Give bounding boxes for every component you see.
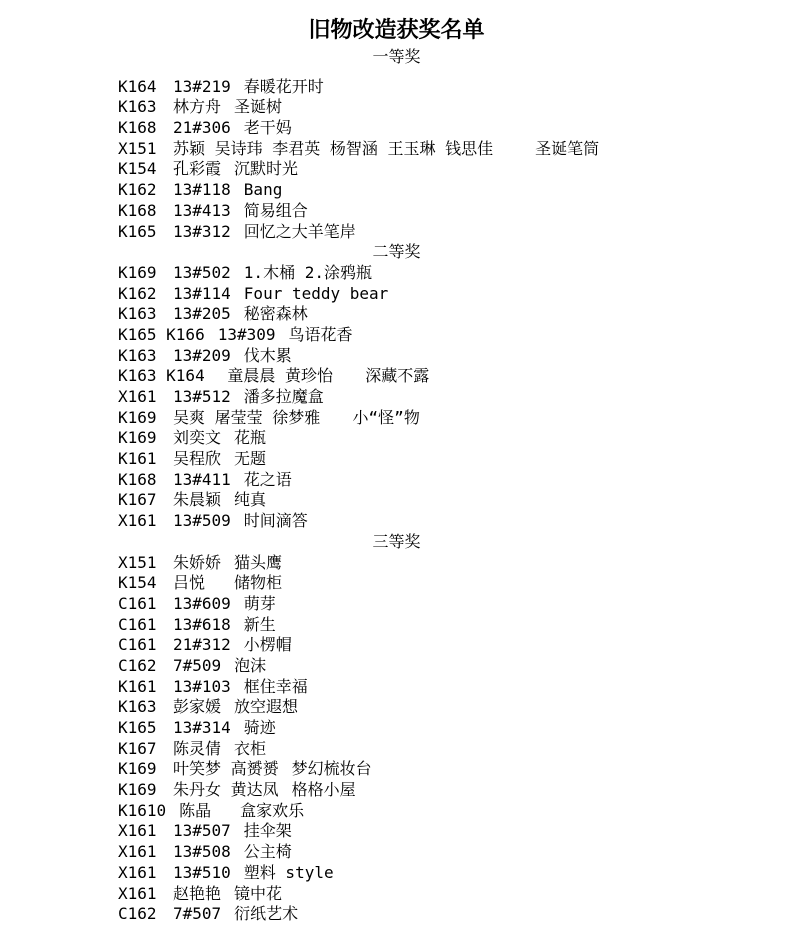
row-cell-title: 新生 (244, 615, 276, 636)
row-cell-code: K163 K164 (118, 366, 218, 387)
table-row: K167朱晨颖纯真 (0, 490, 793, 511)
row-cell-title: 骑迹 (244, 718, 276, 739)
row-cell-entry: 7#507 (173, 904, 234, 925)
row-cell-title: Bang (244, 180, 283, 201)
row-cell-code: K162 (118, 284, 173, 305)
row-cell-code: C161 (118, 594, 173, 615)
row-cell-code: X161 (118, 821, 173, 842)
row-cell-entry: 13#609 (173, 594, 244, 615)
table-row: X16113#507挂伞架 (0, 821, 793, 842)
row-cell-title: 小“怪”物 (353, 408, 420, 429)
row-cell-title: 潘多拉魔盒 (244, 387, 324, 408)
row-cell-title: 塑料 style (244, 863, 334, 884)
table-row: X151朱娇娇猫头鹰 (0, 553, 793, 574)
table-row: K16813#411花之语 (0, 470, 793, 491)
row-cell-title: 1.木桶 2.涂鸦瓶 (244, 263, 372, 284)
row-cell-code: K164 (118, 77, 173, 98)
table-row: X151苏颖 吴诗玮 李君英 杨智涵 王玉琳 钱思佳 圣诞笔筒 (0, 139, 793, 160)
row-cell-title: 回忆之大羊笔岸 (244, 222, 356, 243)
row-cell-entry: 13#314 (173, 718, 244, 739)
section-heading: 二等奖 (0, 242, 793, 263)
row-cell-code: K154 (118, 159, 173, 180)
row-cell-title: 猫头鹰 (234, 553, 282, 574)
table-row: K154孔彩霞沉默时光 (0, 159, 793, 180)
row-cell-code: K162 (118, 180, 173, 201)
award-list: 一等奖K16413#219春暖花开时K163林方舟圣诞树K16821#306老干… (0, 47, 793, 925)
row-cell-title: 时间滴答 (244, 511, 308, 532)
row-cell-title: 无题 (234, 449, 266, 470)
table-row: K163彭家媛放空遐想 (0, 697, 793, 718)
row-cell-title: 盒家欢乐 (240, 801, 304, 822)
table-row: X16113#509时间滴答 (0, 511, 793, 532)
table-row: C16113#609萌芽 (0, 594, 793, 615)
row-cell-title: 梦幻梳妆台 (292, 759, 372, 780)
row-cell-code: K169 (118, 408, 173, 429)
page-title: 旧物改造获奖名单 (0, 16, 793, 46)
table-row: K16113#103框住幸福 (0, 677, 793, 698)
table-row: X16113#512潘多拉魔盒 (0, 387, 793, 408)
row-cell-entry: 21#312 (173, 635, 244, 656)
row-cell-title: 公主椅 (244, 842, 292, 863)
row-cell-entry: 13#502 (173, 263, 244, 284)
table-row: K169朱丹女 黄达凤格格小屋 (0, 780, 793, 801)
row-cell-title: 花瓶 (234, 428, 266, 449)
table-row: X16113#510塑料 style (0, 863, 793, 884)
table-row: K1610陈晶盒家欢乐 (0, 801, 793, 822)
row-cell-code: C162 (118, 656, 173, 677)
row-cell-entry: 13#508 (173, 842, 244, 863)
table-row: K169吴爽 屠莹莹 徐梦雅 小“怪”物 (0, 408, 793, 429)
row-cell-title: 衍纸艺术 (234, 904, 298, 925)
row-cell-code: K167 (118, 739, 173, 760)
row-cell-entry: 13#103 (173, 677, 244, 698)
row-cell-code: X161 (118, 884, 173, 905)
row-cell-code: K169 (118, 428, 173, 449)
row-cell-entry: 苏颖 吴诗玮 李君英 杨智涵 王玉琳 钱思佳 (173, 139, 535, 160)
row-cell-entry: 13#312 (173, 222, 244, 243)
row-cell-entry: 朱娇娇 (173, 553, 234, 574)
table-row: X161赵艳艳镜中花 (0, 884, 793, 905)
row-cell-entry: 13#507 (173, 821, 244, 842)
row-cell-code: X161 (118, 511, 173, 532)
table-row: K16313#209伐木累 (0, 346, 793, 367)
row-cell-code: K165 (118, 718, 173, 739)
row-cell-entry: 13#118 (173, 180, 244, 201)
row-cell-entry: 赵艳艳 (173, 884, 234, 905)
row-cell-entry: 吴爽 屠莹莹 徐梦雅 (173, 408, 353, 429)
row-cell-entry: 林方舟 (173, 97, 234, 118)
row-cell-code: K154 (118, 573, 173, 594)
section-heading: 一等奖 (0, 47, 793, 68)
table-row: K16413#219春暖花开时 (0, 77, 793, 98)
row-cell-title: 秘密森林 (244, 304, 308, 325)
row-cell-entry: 朱丹女 黄达凤 (173, 780, 292, 801)
row-cell-title: 泡沫 (234, 656, 266, 677)
row-cell-code: C161 (118, 615, 173, 636)
row-cell-title: 挂伞架 (244, 821, 292, 842)
table-row: X16113#508公主椅 (0, 842, 793, 863)
table-row: K16821#306老干妈 (0, 118, 793, 139)
row-cell-entry: 叶笑梦 高赟赟 (173, 759, 292, 780)
row-cell-code: X151 (118, 139, 173, 160)
row-cell-code: K163 (118, 97, 173, 118)
row-cell-code: C161 (118, 635, 173, 656)
row-cell-title: 简易组合 (244, 201, 308, 222)
row-cell-title: 储物柜 (234, 573, 282, 594)
table-row: C1627#507衍纸艺术 (0, 904, 793, 925)
row-cell-entry: 13#618 (173, 615, 244, 636)
table-row: C16121#312小楞帽 (0, 635, 793, 656)
row-cell-entry: 13#205 (173, 304, 244, 325)
table-row: C1627#509泡沫 (0, 656, 793, 677)
table-row: K167陈灵倩衣柜 (0, 739, 793, 760)
row-cell-entry: 陈灵倩 (173, 739, 234, 760)
row-cell-title: 镜中花 (234, 884, 282, 905)
row-cell-code: K168 (118, 201, 173, 222)
row-cell-title: 花之语 (244, 470, 292, 491)
row-cell-code: C162 (118, 904, 173, 925)
table-row: K16313#205秘密森林 (0, 304, 793, 325)
row-cell-entry: 13#411 (173, 470, 244, 491)
row-cell-title: 圣诞树 (234, 97, 282, 118)
row-cell-title: 鸟语花香 (289, 325, 353, 346)
row-cell-title: 格格小屋 (292, 780, 356, 801)
table-row: K169刘奕文花瓶 (0, 428, 793, 449)
row-cell-entry: 13#309 (218, 325, 289, 346)
row-cell-entry: 21#306 (173, 118, 244, 139)
table-row: K16913#5021.木桶 2.涂鸦瓶 (0, 263, 793, 284)
table-row: K165 K16613#309鸟语花香 (0, 325, 793, 346)
row-cell-code: K161 (118, 677, 173, 698)
row-cell-title: 春暖花开时 (244, 77, 324, 98)
table-row: K16213#118Bang (0, 180, 793, 201)
row-cell-title: 纯真 (234, 490, 266, 511)
row-cell-entry: 13#510 (173, 863, 244, 884)
row-cell-title: 深藏不露 (365, 366, 429, 387)
row-cell-title: Four teddy bear (244, 284, 389, 305)
row-cell-entry: 陈晶 (179, 801, 240, 822)
table-row: K16213#114Four teddy bear (0, 284, 793, 305)
section-heading: 三等奖 (0, 532, 793, 553)
table-row: K154吕悦储物柜 (0, 573, 793, 594)
row-cell-entry: 7#509 (173, 656, 234, 677)
table-row: K161吴程欣无题 (0, 449, 793, 470)
row-cell-entry: 孔彩霞 (173, 159, 234, 180)
row-cell-entry: 吴程欣 (173, 449, 234, 470)
table-row: K163 K164 童晨晨 黄珍怡 深藏不露 (0, 366, 793, 387)
row-cell-code: K163 (118, 697, 173, 718)
row-cell-entry: 13#219 (173, 77, 244, 98)
row-cell-code: K165 (118, 222, 173, 243)
table-row: C16113#618新生 (0, 615, 793, 636)
table-row: K16513#312回忆之大羊笔岸 (0, 222, 793, 243)
table-row: K163林方舟圣诞树 (0, 97, 793, 118)
row-cell-title: 伐木累 (244, 346, 292, 367)
row-cell-code: K169 (118, 263, 173, 284)
row-cell-code: X151 (118, 553, 173, 574)
table-row: K169叶笑梦 高赟赟梦幻梳妆台 (0, 759, 793, 780)
row-cell-code: K165 K166 (118, 325, 218, 346)
row-cell-code: K163 (118, 346, 173, 367)
row-cell-entry: 吕悦 (173, 573, 234, 594)
table-row: K16513#314骑迹 (0, 718, 793, 739)
row-cell-code: K161 (118, 449, 173, 470)
row-cell-entry: 彭家媛 (173, 697, 234, 718)
table-row: K16813#413简易组合 (0, 201, 793, 222)
row-cell-code: X161 (118, 863, 173, 884)
row-cell-title: 圣诞笔筒 (535, 139, 599, 160)
row-cell-title: 框住幸福 (244, 677, 308, 698)
row-cell-entry: 朱晨颖 (173, 490, 234, 511)
row-cell-title: 老干妈 (244, 118, 292, 139)
row-cell-title: 小楞帽 (244, 635, 292, 656)
row-cell-title: 衣柜 (234, 739, 266, 760)
row-cell-entry: 13#509 (173, 511, 244, 532)
row-cell-code: K163 (118, 304, 173, 325)
row-cell-code: X161 (118, 387, 173, 408)
row-cell-code: X161 (118, 842, 173, 863)
row-cell-title: 放空遐想 (234, 697, 298, 718)
row-cell-entry: 13#512 (173, 387, 244, 408)
row-cell-entry: 13#114 (173, 284, 244, 305)
row-cell-title: 沉默时光 (234, 159, 298, 180)
row-cell-code: K169 (118, 780, 173, 801)
row-cell-code: K1610 (118, 801, 179, 822)
row-cell-code: K168 (118, 118, 173, 139)
row-cell-entry: 童晨晨 黄珍怡 (218, 366, 366, 387)
row-cell-entry: 13#413 (173, 201, 244, 222)
row-cell-title: 萌芽 (244, 594, 276, 615)
row-cell-code: K167 (118, 490, 173, 511)
row-cell-entry: 13#209 (173, 346, 244, 367)
row-cell-code: K168 (118, 470, 173, 491)
award-document: 旧物改造获奖名单 一等奖K16413#219春暖花开时K163林方舟圣诞树K16… (0, 16, 793, 925)
row-cell-entry: 刘奕文 (173, 428, 234, 449)
row-cell-code: K169 (118, 759, 173, 780)
